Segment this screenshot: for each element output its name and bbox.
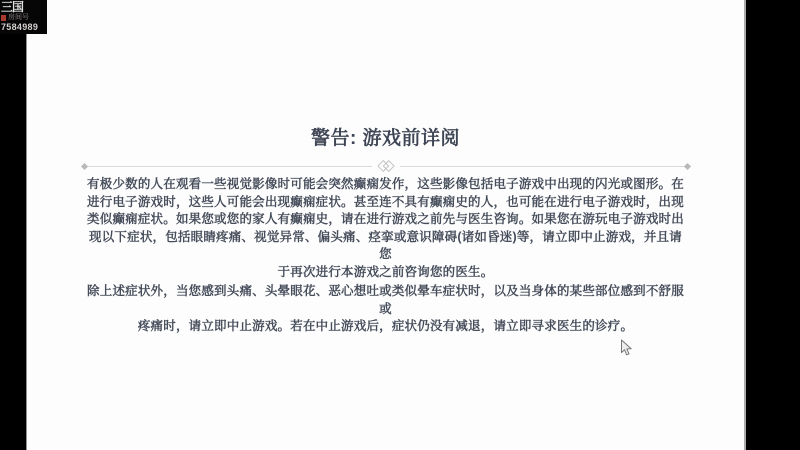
mouse-cursor: [620, 339, 633, 357]
watermark-label-row: 房间号: [1, 14, 46, 22]
watermark-red-badge: [1, 15, 6, 21]
text-line: 现以下症状，包括眼睛疼痛、视觉异常、偏头痛、痉挛或意识障碍(诸如昏迷)等，请立即…: [84, 229, 688, 264]
watermark-logo: 三国: [1, 0, 46, 14]
text-line: 除上述症状外，当您感到头痛、头晕眼花、恶心想吐或类似晕车症状时，以及当身体的某些…: [84, 283, 688, 318]
warning-paragraph-2: 除上述症状外，当您感到头痛、头晕眼花、恶心想吐或类似晕车症状时，以及当身体的某些…: [84, 283, 688, 336]
diamond-ornament-icon: [374, 160, 398, 172]
divider-line: [400, 166, 685, 167]
page-title: 警告: 游戏前详阅: [27, 123, 744, 150]
text-line: 类似癫痫症状。如果您或您的家人有癫痫史，请在进行游戏之前先与医生咨询。如果您在游…: [84, 211, 688, 229]
text-line: 进行电子游戏时，这些人可能会出现癫痫症状。甚至连不具有癫痫史的人，也可能在进行电…: [84, 194, 688, 212]
text-line: 疼痛时，请立即中止游戏。若在中止游戏后，症状仍没有减退，请立即寻求医生的诊疗。: [84, 318, 688, 336]
text-line: 于再次进行本游戏之前咨询您的医生。: [84, 264, 688, 282]
stream-watermark: 三国 房间号 7584989: [0, 0, 47, 34]
warning-paragraph-1: 有极少数的人在观看一些视觉影像时可能会突然癫痫发作，这些影像包括电子游戏中出现的…: [84, 176, 688, 281]
screen: 警告: 游戏前详阅 有极少数的人在观看一些视觉影像时可能会突然癫痫发作，这些影像…: [0, 0, 800, 450]
divider-right-dot: [683, 162, 690, 169]
text-line: 有极少数的人在观看一些视觉影像时可能会突然癫痫发作，这些影像包括电子游戏中出现的…: [84, 176, 688, 194]
watermark-label: 房间号: [8, 14, 29, 22]
divider: [82, 160, 690, 172]
divider-left-dot: [80, 162, 87, 169]
divider-line: [87, 166, 372, 167]
watermark-room-number: 7584989: [1, 22, 46, 32]
warning-panel: 警告: 游戏前详阅 有极少数的人在观看一些视觉影像时可能会突然癫痫发作，这些影像…: [26, 0, 746, 450]
